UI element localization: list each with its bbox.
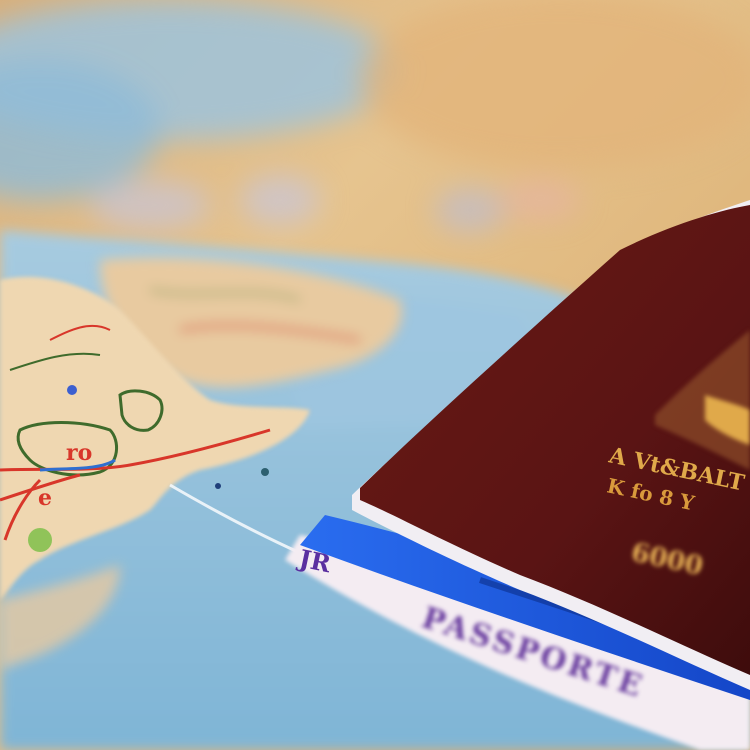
map-label-2: e <box>38 485 52 511</box>
map-label-1: ro <box>66 440 92 466</box>
photo-scene: Passport resting on a world map <box>0 0 750 750</box>
photo-canvas: ro e JR PASSPORTE A Vt&BALT K fo 8 Y 600… <box>0 0 750 750</box>
